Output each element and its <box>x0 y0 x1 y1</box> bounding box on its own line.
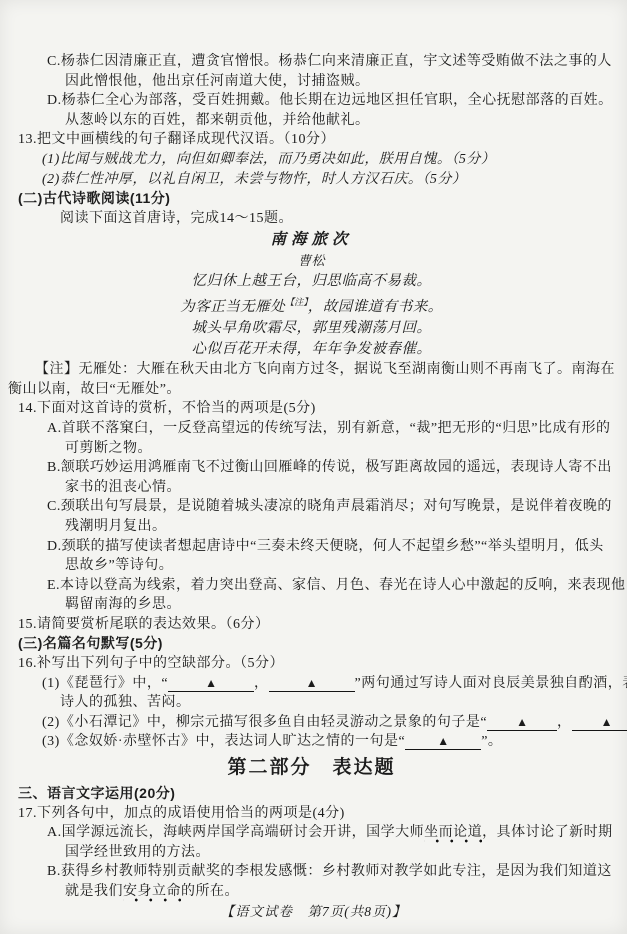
q14-option-c-line2: 残潮明月复出。 <box>8 517 615 537</box>
poem-note-line1: 【注】无雁处：大雁在秋天由北方飞向南方过冬，据说飞至湖南衡山则不再南飞了。南海在 <box>8 360 615 380</box>
question-17-stem: 17.下列各句中，加点的成语使用恰当的两项是(4分) <box>8 804 615 824</box>
q14-option-a-line2: 可剪断之物。 <box>8 439 615 459</box>
q17-option-b-emphasized-idiom: 安身立命 <box>123 884 181 902</box>
q16-item2-mid: ， <box>557 715 572 730</box>
poem-note-marker: 【注】 <box>285 297 308 307</box>
q16-item1-pre: (1)《琵琶行》中，“ <box>42 676 168 691</box>
poem-title: 南海旅次 <box>8 228 615 251</box>
answer-blank: ▲ <box>269 676 355 692</box>
q14-option-e-line2: 羁留南海的乡思。 <box>8 595 615 615</box>
poem-author: 曹松 <box>8 251 615 271</box>
q14-option-d-line2: 思故乡”等诗句。 <box>8 556 615 576</box>
blank-triangle-icon: ▲ <box>601 715 613 729</box>
prev-option-c-line1: C.杨恭仁因清廉正直，遭贪官憎恨。杨恭仁向来清廉正直，宇文述等受贿做不法之事的人 <box>8 52 615 72</box>
poem-note-line2: 衡山以南，故曰“无雁处”。 <box>8 380 615 400</box>
part-2-section-header: 三、语言文字运用(20分) <box>8 784 615 804</box>
answer-blank: ▲ <box>572 715 627 731</box>
question-16-stem: 16.补写出下列句子中的空缺部分。（5分） <box>8 654 615 674</box>
q16-item3-pre: (3)《念奴娇·赤壁怀古》中，表达词人旷达之情的一句是“ <box>42 734 405 749</box>
prev-option-d-line2: 从葱岭以东的百姓，都来朝贡他，并给他献礼。 <box>8 111 615 131</box>
blank-triangle-icon: ▲ <box>516 715 528 729</box>
q17-option-b-pre2: 就是我们 <box>65 884 123 899</box>
page-footer: 【语文试卷 第7页(共8页)】 <box>0 902 627 922</box>
q17-option-a-emphasized-idiom: 坐而论道 <box>424 825 482 843</box>
q16-item3-post: ”。 <box>481 734 502 749</box>
q16-item1-line2: 诗人的孤独、苦闷。 <box>8 693 615 713</box>
poem-line-1: 忆归休上越王台，归思临高不易裁。 <box>8 271 615 292</box>
question-15-stem: 15.请简要赏析尾联的表达效果。（6分） <box>8 615 615 635</box>
poem-line-3: 城头早角吹霜尽，郭里残潮荡月回。 <box>8 318 615 339</box>
section-2-header: (二)古代诗歌阅读(11分) <box>8 189 615 209</box>
exam-paper-page: C.杨恭仁因清廉正直，遭贪官憎恨。杨恭仁向来清廉正直，宇文述等受贿做不法之事的人… <box>0 0 627 934</box>
blank-triangle-icon: ▲ <box>437 734 449 748</box>
answer-blank: ▲ <box>168 676 254 692</box>
q14-option-b-line1: B.颔联巧妙运用鸿雁南飞不过衡山回雁峰的传说，极写距离故园的遥远，表现诗人寄不出 <box>8 458 615 478</box>
prev-option-c-line2: 因此憎恨他，他出京任河南道大使，讨捕盗贼。 <box>8 72 615 92</box>
q16-item2-line: (2)《小石潭记》中，柳宗元描写很多鱼自由轻灵游动之景象的句子是“▲，▲”。 <box>8 713 615 733</box>
q16-item1-line1: (1)《琵琶行》中，“▲，▲”两句通过写诗人面对良辰美景独自酌酒，表现了 <box>8 674 615 694</box>
part-2-title: 第二部分 表达题 <box>8 754 615 782</box>
q17-option-a-post: ，具体讨论了新时期 <box>482 825 613 840</box>
q16-item3-line: (3)《念奴娇·赤壁怀古》中，表达词人旷达之情的一句是“▲”。 <box>8 732 615 752</box>
page-content: C.杨恭仁因清廉正直，遭贪官憎恨。杨恭仁向来清廉正直，宇文述等受贿做不法之事的人… <box>0 0 627 902</box>
q17-option-b-post2: 的所在。 <box>181 884 239 899</box>
question-13-stem: 13.把文中画横线的句子翻译成现代汉语。（10分） <box>8 130 615 150</box>
section-3-header: (三)名篇名句默写(5分) <box>8 634 615 654</box>
blank-triangle-icon: ▲ <box>306 676 318 690</box>
q17-option-a-line2: 国学经世致用的方法。 <box>8 843 615 863</box>
q16-item1-mid: ， <box>254 676 269 691</box>
q16-item2-pre: (2)《小石潭记》中，柳宗元描写很多鱼自由轻灵游动之景象的句子是“ <box>42 715 487 730</box>
poem-line-2-rest: ，故园谁道有书来。 <box>308 299 443 315</box>
q17-option-a-line1: A.国学源远流长，海峡两岸国学高端研讨会开讲，国学大师坐而论道，具体讨论了新时期 <box>8 823 615 843</box>
q14-option-c-line1: C.颈联出句写晨景，是说随着城头凄凉的晓角声晨霜消尽；对句写晚景，是说伴着夜晚的 <box>8 497 615 517</box>
poem-line-2: 为客正当无雁处【注】，故园谁道有书来。 <box>8 292 615 318</box>
q16-item1-post: ”两句通过写诗人面对良辰美景独自酌酒，表现了 <box>355 676 627 691</box>
q14-option-e-line1: E.本诗以登高为线索，着力突出登高、家信、月色、春光在诗人心中激起的反响，来表现… <box>8 576 615 596</box>
q14-option-a-line1: A.首联不落窠臼，一反登高望远的传统写法，别有新意，“裁”把无形的“归思”比成有… <box>8 419 615 439</box>
blank-triangle-icon: ▲ <box>205 676 217 690</box>
question-14-stem: 14.下面对这首诗的赏析，不恰当的两项是(5分) <box>8 399 615 419</box>
prev-option-d-line1: D.杨恭仁全心为部落，受百姓拥戴。他长期在边远地区担任官职，全心抚慰部落的百姓。 <box>8 91 615 111</box>
question-13-sub2: (2)恭仁性冲厚，以礼自闲卫，未尝与物忤，时人方汉石庆。（5分） <box>8 170 615 190</box>
q17-option-b-line2: 就是我们安身立命的所在。 <box>8 882 615 902</box>
q17-option-b-line1: B.获得乡村教师特别贡献奖的李根发感慨：乡村教师对教学如此专注，是因为我们知道这 <box>8 862 615 882</box>
poem-line-4: 心似百花开未得，年年争发被春催。 <box>8 339 615 360</box>
q14-option-b-line2: 家书的沮丧心情。 <box>8 478 615 498</box>
poem-line-2-text: 为客正当无雁处 <box>180 299 285 315</box>
poem-intro: 阅读下面这首唐诗，完成14～15题。 <box>8 209 615 229</box>
answer-blank: ▲ <box>405 734 481 750</box>
q14-option-d-line1: D.颈联的描写使读者想起唐诗中“三奏未终天便晓，何人不起望乡愁”“举头望明月，低… <box>8 537 615 557</box>
q17-option-a-pre: A.国学源远流长，海峡两岸国学高端研讨会开讲，国学大师 <box>47 825 424 840</box>
answer-blank: ▲ <box>487 715 557 731</box>
question-13-sub1: (1)比闻与贼战尤力，向但如卿奉法，而乃勇决如此，朕用自愧。（5分） <box>8 150 615 170</box>
